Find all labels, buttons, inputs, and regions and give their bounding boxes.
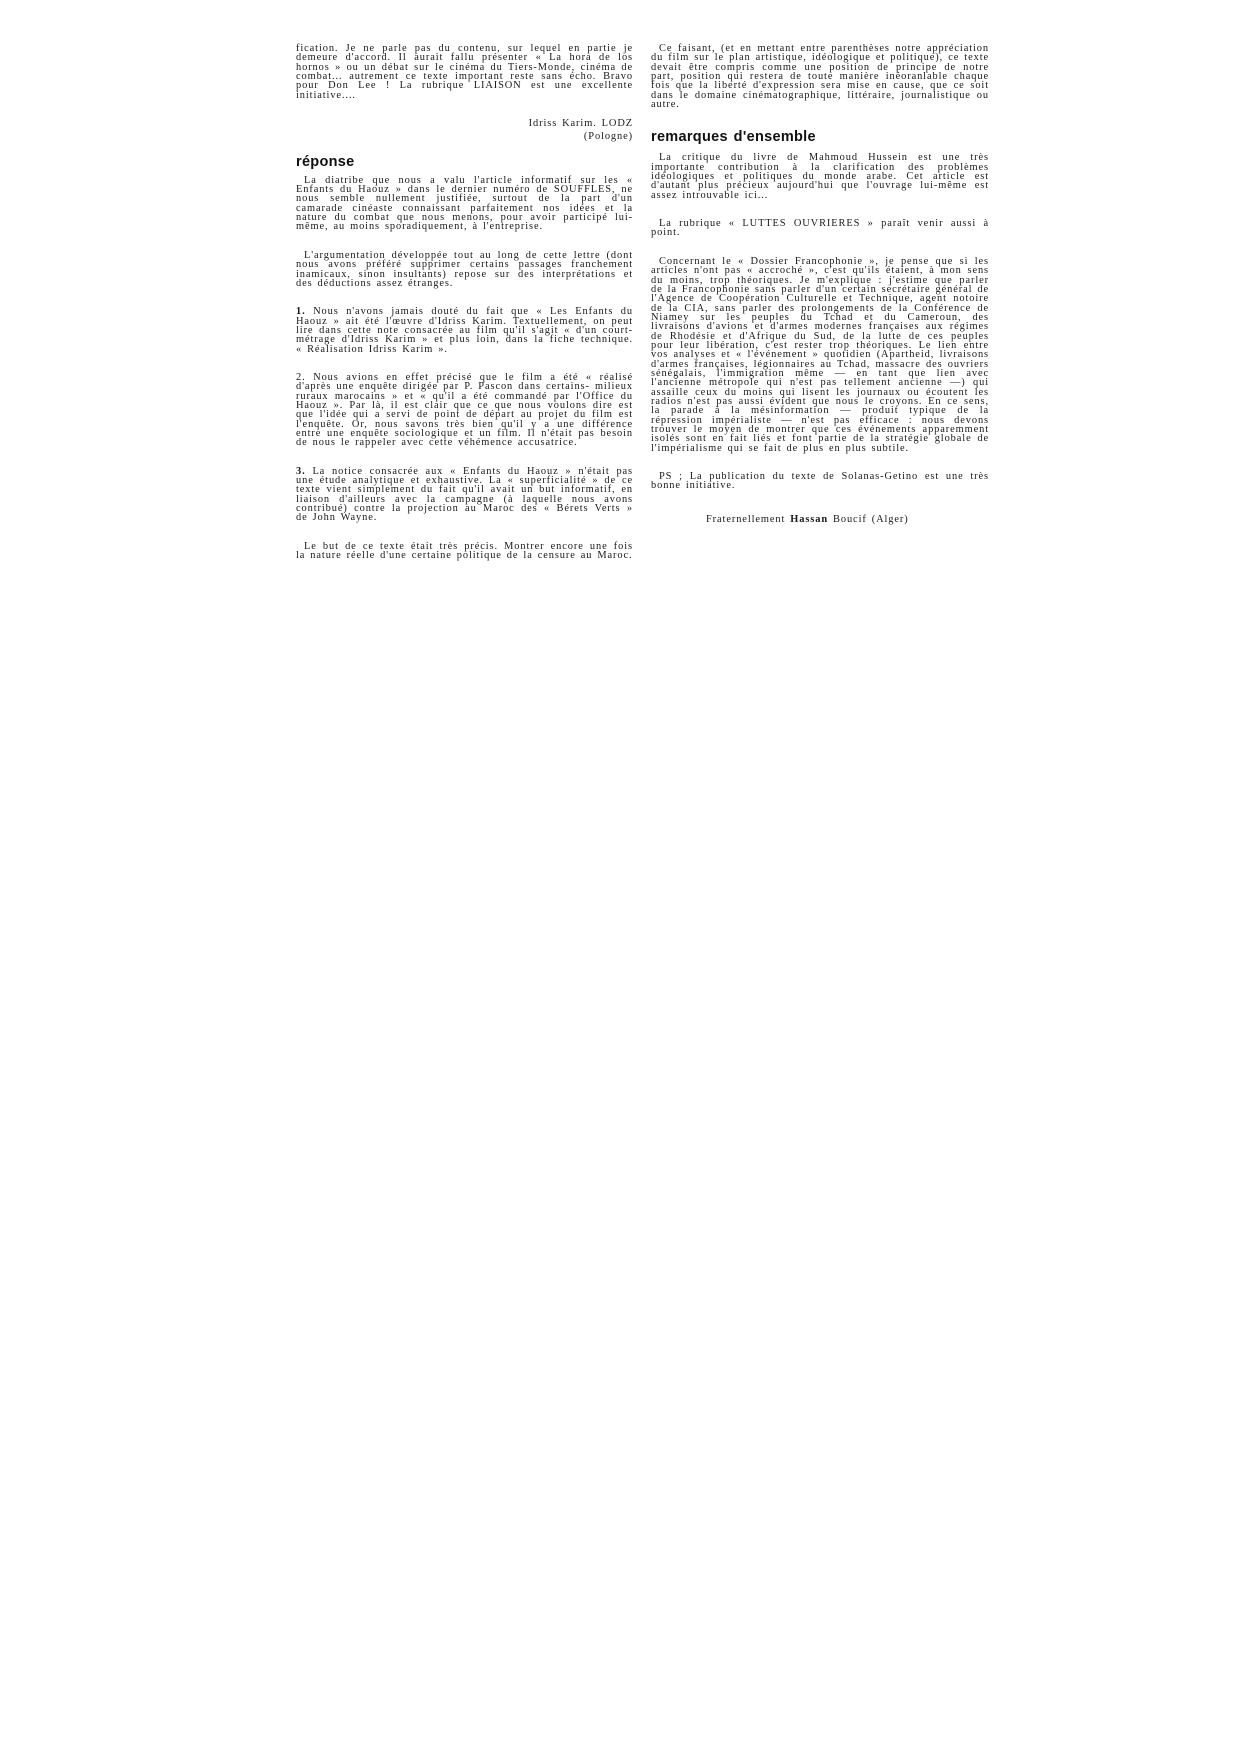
reponse-paragraph-2: L'argumentation développée tout au long … bbox=[296, 251, 633, 288]
point-text: La notice consacrée aux « Enfants du Hao… bbox=[296, 466, 633, 524]
remarques-paragraph-2: La rubrique « LUTTES OUVRIERES » paraît … bbox=[651, 219, 989, 238]
letter-signature-name: Idriss Karim. LODZ bbox=[296, 119, 633, 128]
signature-prefix: Fraternellement bbox=[706, 514, 785, 525]
signature-place: (Alger) bbox=[872, 514, 909, 525]
reponse-point-2: 2. Nous avions en effet précisé que le f… bbox=[296, 373, 633, 448]
signature-first-name: Hassan bbox=[790, 514, 828, 525]
section-heading-remarques: remarques d'ensemble bbox=[651, 129, 989, 145]
left-column: fication. Je ne parle pas du contenu, su… bbox=[296, 44, 633, 560]
reponse-point-1: 1. Nous n'avons jamais douté du fait que… bbox=[296, 307, 633, 354]
right-column: Ce faisant, (et en mettant entre parenth… bbox=[651, 44, 989, 524]
letter-closing-paragraph: fication. Je ne parle pas du contenu, su… bbox=[296, 44, 633, 100]
document-page: fication. Je ne parle pas du contenu, su… bbox=[0, 0, 1240, 1753]
remarques-paragraph-1: La critique du livre de Mahmoud Hussein … bbox=[651, 153, 989, 200]
reponse-closing-paragraph: Le but de ce texte était très précis. Mo… bbox=[296, 542, 633, 561]
reponse-continuation-paragraph: Ce faisant, (et en mettant entre parenth… bbox=[651, 44, 989, 109]
remarques-paragraph-3: Concernant le « Dossier Francophonie », … bbox=[651, 257, 989, 453]
letter-signature: Fraternellement Hassan Boucif (Alger) bbox=[651, 515, 989, 524]
reponse-point-3: 3. La notice consacrée aux « Enfants du … bbox=[296, 467, 633, 523]
letter-signature-place: (Pologne) bbox=[296, 132, 633, 141]
point-text: Nous n'avons jamais douté du fait que « … bbox=[296, 306, 633, 354]
section-heading-reponse: réponse bbox=[296, 154, 633, 170]
point-text: Nous avions en effet précisé que le film… bbox=[296, 372, 633, 448]
signature-surname: Boucif bbox=[833, 514, 867, 525]
remarques-ps-paragraph: PS ; La publication du texte de Solanas-… bbox=[651, 472, 989, 491]
reponse-paragraph-1: La diatribe que nous a valu l'article in… bbox=[296, 176, 633, 232]
